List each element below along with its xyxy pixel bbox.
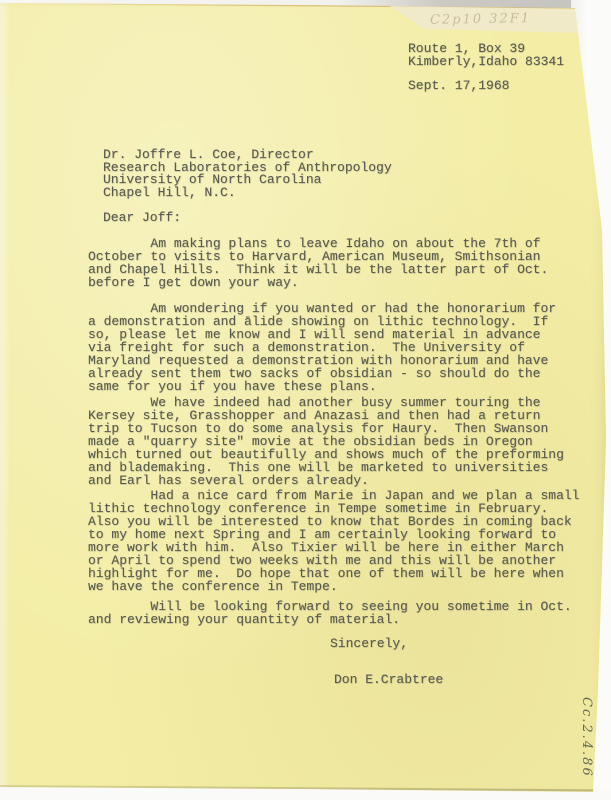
signature: Don E.Crabtree [334, 673, 443, 686]
salutation: Dear Joff: [103, 211, 181, 224]
recipient-address: Dr. Joffre L. Coe, Director Research Lab… [103, 149, 392, 199]
body-paragraph: Had a nice card from Marie in Japan and … [88, 489, 579, 593]
scanned-letter: C2p10 32F1 Route 1, Box 39 Kimberly,Idah… [0, 0, 611, 800]
body-paragraph: Am making plans to leave Idaho on about … [88, 237, 548, 289]
catalog-number-annotation: Cc.2.4.86 [579, 697, 594, 778]
body-paragraph: We have indeed had another busy summer t… [88, 396, 564, 487]
sender-address: Route 1, Box 39 Kimberly,Idaho 83341 [408, 42, 564, 68]
body-paragraph: Will be looking forward to seeing you so… [88, 600, 572, 626]
closing: Sincerely, [330, 637, 408, 650]
faint-pencil-annotation: C2p10 32F1 [430, 11, 531, 28]
body-paragraph: Am wondering if you wanted or had the ho… [88, 302, 556, 393]
letter-paper: C2p10 32F1 Route 1, Box 39 Kimberly,Idah… [0, 0, 611, 800]
letter-date: Sept. 17,1968 [408, 79, 509, 92]
